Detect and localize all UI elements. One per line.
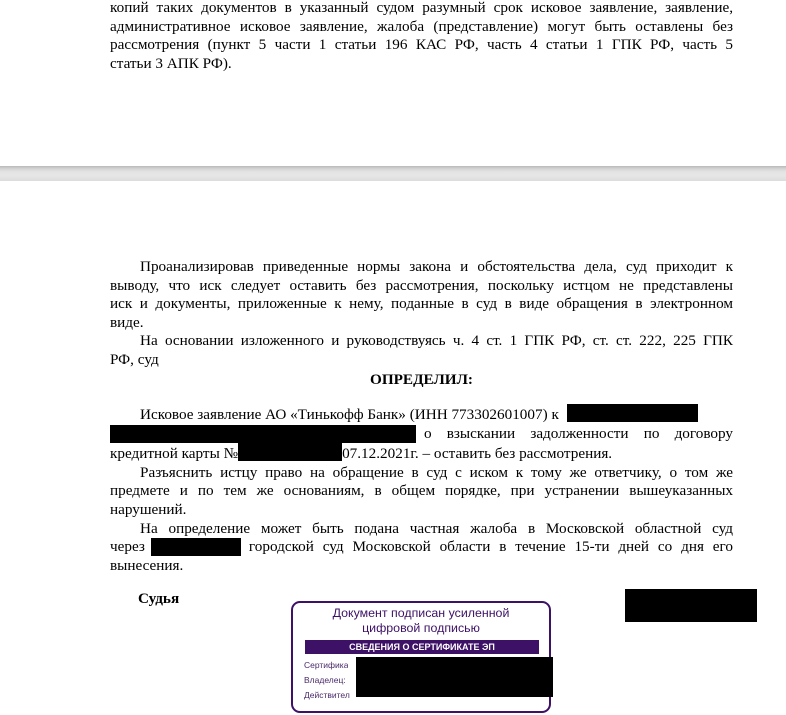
paragraph-procedural-norms: копий таких документов в указанный судом… bbox=[110, 0, 733, 73]
text-line: статьи 3 АПК РФ). bbox=[110, 55, 733, 74]
text-line: выводу, что иск следует оставить без рас… bbox=[110, 277, 733, 296]
text-line: административное исковое заявление, жало… bbox=[110, 18, 733, 37]
text-line: РФ, суд bbox=[110, 351, 733, 370]
text-span: кредитной карты № bbox=[110, 445, 238, 462]
stamp-title-line: Документ подписан усиленной bbox=[293, 606, 549, 621]
text-span: о взыскании задолженности по договору bbox=[424, 425, 733, 444]
text-line: На основании изложенного и руководствуяс… bbox=[110, 332, 733, 351]
text-line: вынесения. bbox=[110, 557, 733, 576]
text-line: Исковое заявление АО «Тинькофф Банк» (ИН… bbox=[110, 404, 733, 425]
text-line: о взыскании задолженности по договору bbox=[110, 425, 733, 444]
text-line: Проанализировав приведенные нормы закона… bbox=[110, 258, 733, 277]
stamp-row-certificate: Сертифика bbox=[304, 660, 348, 670]
redaction-certificate-details bbox=[356, 657, 553, 697]
text-line: виде. bbox=[110, 314, 733, 333]
text-span: 07.12.2021г. – оставить без рассмотрения… bbox=[342, 445, 612, 462]
stamp-row-owner: Владелец: bbox=[304, 675, 346, 685]
stamp-certificate-band: СВЕДЕНИЯ О СЕРТИФИКАТЕ ЭП bbox=[305, 640, 539, 654]
paragraph-ruling: Исковое заявление АО «Тинькофф Банк» (ИН… bbox=[110, 404, 733, 575]
text-line: иск и документы, приложенные к нему, под… bbox=[110, 295, 733, 314]
e-signature-stamp: Документ подписан усиленной цифровой под… bbox=[291, 601, 551, 713]
redaction-judge-name bbox=[625, 589, 757, 622]
ruling-heading: ОПРЕДЕЛИЛ: bbox=[110, 371, 733, 390]
stamp-title: Документ подписан усиленной цифровой под… bbox=[293, 606, 549, 636]
text-line: рассмотрения (пункт 5 части 1 статьи 196… bbox=[110, 36, 733, 55]
text-line: черезгородской суд Московской области в … bbox=[110, 538, 733, 557]
redaction-defendant bbox=[567, 404, 698, 422]
text-line: нарушений. bbox=[110, 501, 733, 520]
judge-label: Судья bbox=[138, 590, 179, 608]
text-line: предмете и по тем же основаниям, в общем… bbox=[110, 482, 733, 501]
text-span: через bbox=[110, 538, 145, 557]
redaction-defendant-name bbox=[110, 425, 416, 443]
text-line: кредитной карты №07.12.2021г. – оставить… bbox=[110, 443, 733, 464]
document-page-1: копий таких документов в указанный судом… bbox=[0, 0, 786, 166]
text-span: городской суд Московской области в течен… bbox=[249, 538, 733, 557]
text-line: На определение может быть подана частная… bbox=[110, 520, 733, 539]
page-separator bbox=[0, 166, 786, 181]
stamp-title-line: цифровой подписью bbox=[293, 621, 549, 636]
redaction-court-city bbox=[151, 538, 241, 556]
paragraph-analysis: Проанализировав приведенные нормы закона… bbox=[110, 258, 733, 389]
stamp-row-valid: Действител bbox=[304, 690, 350, 700]
text-line: копий таких документов в указанный судом… bbox=[110, 0, 733, 18]
text-span: Исковое заявление АО «Тинькофф Банк» (ИН… bbox=[140, 406, 559, 423]
redaction-card-number bbox=[238, 443, 342, 461]
text-line: Разъяснить истцу право на обращение в су… bbox=[110, 464, 733, 483]
